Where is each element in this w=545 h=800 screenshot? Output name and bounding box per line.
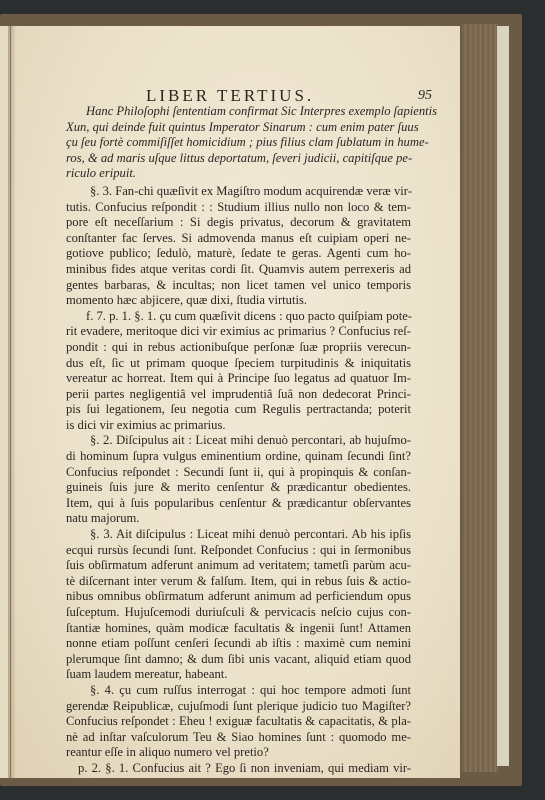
text-line: nonne etiam poſſunt cenſeri ſecundi ab i… (66, 636, 411, 652)
text-line: ſuis obſirmatum adferunt animum ad verit… (66, 558, 411, 574)
text-line: rit evadere, meritoque dici vir eximius … (66, 324, 411, 340)
text-line: tutis. Confucius reſpondit : : Studium i… (66, 200, 411, 216)
text-line: §. 4. çu cum ruſſus interrogat : qui hoc… (66, 683, 411, 699)
text-line: plerumque ſint damno; & dum ſibi unis va… (66, 652, 411, 668)
text-line: p. 2. §. 1. Confucius ait ? Ego ſi non i… (66, 761, 411, 777)
text-line: §. 2. Diſcipulus ait : Liceat mihi denuò… (66, 433, 411, 449)
text-line: minibus fides atque veritas cordi ſit. Q… (66, 262, 411, 278)
text-line: tè diſcernant inter verum & falſum. Item… (66, 574, 411, 590)
page-gutter-shadow (8, 26, 16, 778)
paragraph: §. 4. çu cum ruſſus interrogat : qui hoc… (66, 683, 411, 761)
text-line: Confucius reſpondet : Secundi ſunt ii, q… (66, 465, 411, 481)
text-line: di hominum ſupra vulgus eminentium ordin… (66, 449, 411, 465)
text-line: gerendæ Reipublicæ, cujuſmodi ſunt pleri… (66, 699, 411, 715)
text-line: gentes barbaras, & incultas; non licet t… (66, 278, 411, 294)
text-line: ros, & ad maris uſque littus deportatum,… (66, 151, 411, 167)
text-line: perii partes negligentiâ vel imprudentiâ… (66, 387, 411, 403)
text-line: conſtanter fac ſerves. Si admovenda manu… (66, 231, 411, 247)
paragraph: p. 2. §. 1. Confucius ait ? Ego ſi non i… (66, 761, 411, 777)
text-line: riculo eripuit. (66, 166, 411, 182)
page-block-fore-edge (462, 24, 498, 772)
body-text: Hanc Philoſophi ſententiam confirmat Sic… (66, 104, 411, 777)
text-line: f. 7. p. 1. §. 1. çu cum quæſivit dicens… (66, 309, 411, 325)
text-line: Xun, qui deinde fuit quintus Imperator S… (66, 120, 411, 136)
text-line: natu majorum. (66, 511, 411, 527)
text-line: momento hæc abjicere, quæ dixi, ſtudia v… (66, 293, 411, 309)
text-line: guineis ſuis jure & merito cenſentur & p… (66, 480, 411, 496)
text-line: Item, qui à ſuis popularibus cenſentur &… (66, 496, 411, 512)
text-line: Hanc Philoſophi ſententiam confirmat Sic… (66, 104, 411, 120)
text-line: dus eſt, ſic ut primam quoque ſpeciem tu… (66, 356, 411, 372)
text-line: ſuſceptum. Hujuſcemodi duriuſculi & perv… (66, 605, 411, 621)
paragraph: Hanc Philoſophi ſententiam confirmat Sic… (66, 104, 411, 182)
text-line: ſtantiæ homines, quàm modicæ facultatis … (66, 621, 411, 637)
text-line: nibus omnibus obſirmatum adferunt animum… (66, 589, 411, 605)
paragraph: §. 3. Ait diſcipulus : Liceat mihi denuò… (66, 527, 411, 683)
text-line: pis ſui legationem, ſeu negotia cum Regu… (66, 402, 411, 418)
paragraph: §. 2. Diſcipulus ait : Liceat mihi denuò… (66, 433, 411, 527)
text-line: pondit : qui in rebus actionibuſque perſ… (66, 340, 411, 356)
text-line: nè ad inſtar vaſculorum Teu & Siao homin… (66, 730, 411, 746)
page-number: 95 (418, 88, 432, 104)
text-line: ecqui rursùs ſecundi ſunt. Reſpondet Con… (66, 543, 411, 559)
paragraph: §. 3. Fan-chi quæſivit ex Magiſtro modum… (66, 184, 411, 309)
endpaper (497, 26, 509, 766)
paragraph: f. 7. p. 1. §. 1. çu cum quæſivit dicens… (66, 309, 411, 434)
text-line: pore eſt neceſſarium : Si degis privatus… (66, 215, 411, 231)
page-header: LIBER TERTIUS. 95 (0, 86, 545, 106)
text-line: §. 3. Ait diſcipulus : Liceat mihi denuò… (66, 527, 411, 543)
text-line: gotiove publico; ſedulò, maturè, ſedate … (66, 246, 411, 262)
text-line: is dici vir eximius ac primarius. (66, 418, 411, 434)
text-line: reantur eſſe in aliquo numero vel pretio… (66, 745, 411, 761)
text-line: vereatur ac horreat. Item qui à Principe… (66, 371, 411, 387)
text-line: çu ſeu fortè commiſiſſet homicidium ; pi… (66, 135, 411, 151)
text-line: §. 3. Fan-chi quæſivit ex Magiſtro modum… (66, 184, 411, 200)
text-line: Confucius reſpondet : Eheu ! exiguæ facu… (66, 714, 411, 730)
text-line: ſuam laudem mereatur, habeant. (66, 667, 411, 683)
running-title: LIBER TERTIUS. (146, 86, 314, 106)
